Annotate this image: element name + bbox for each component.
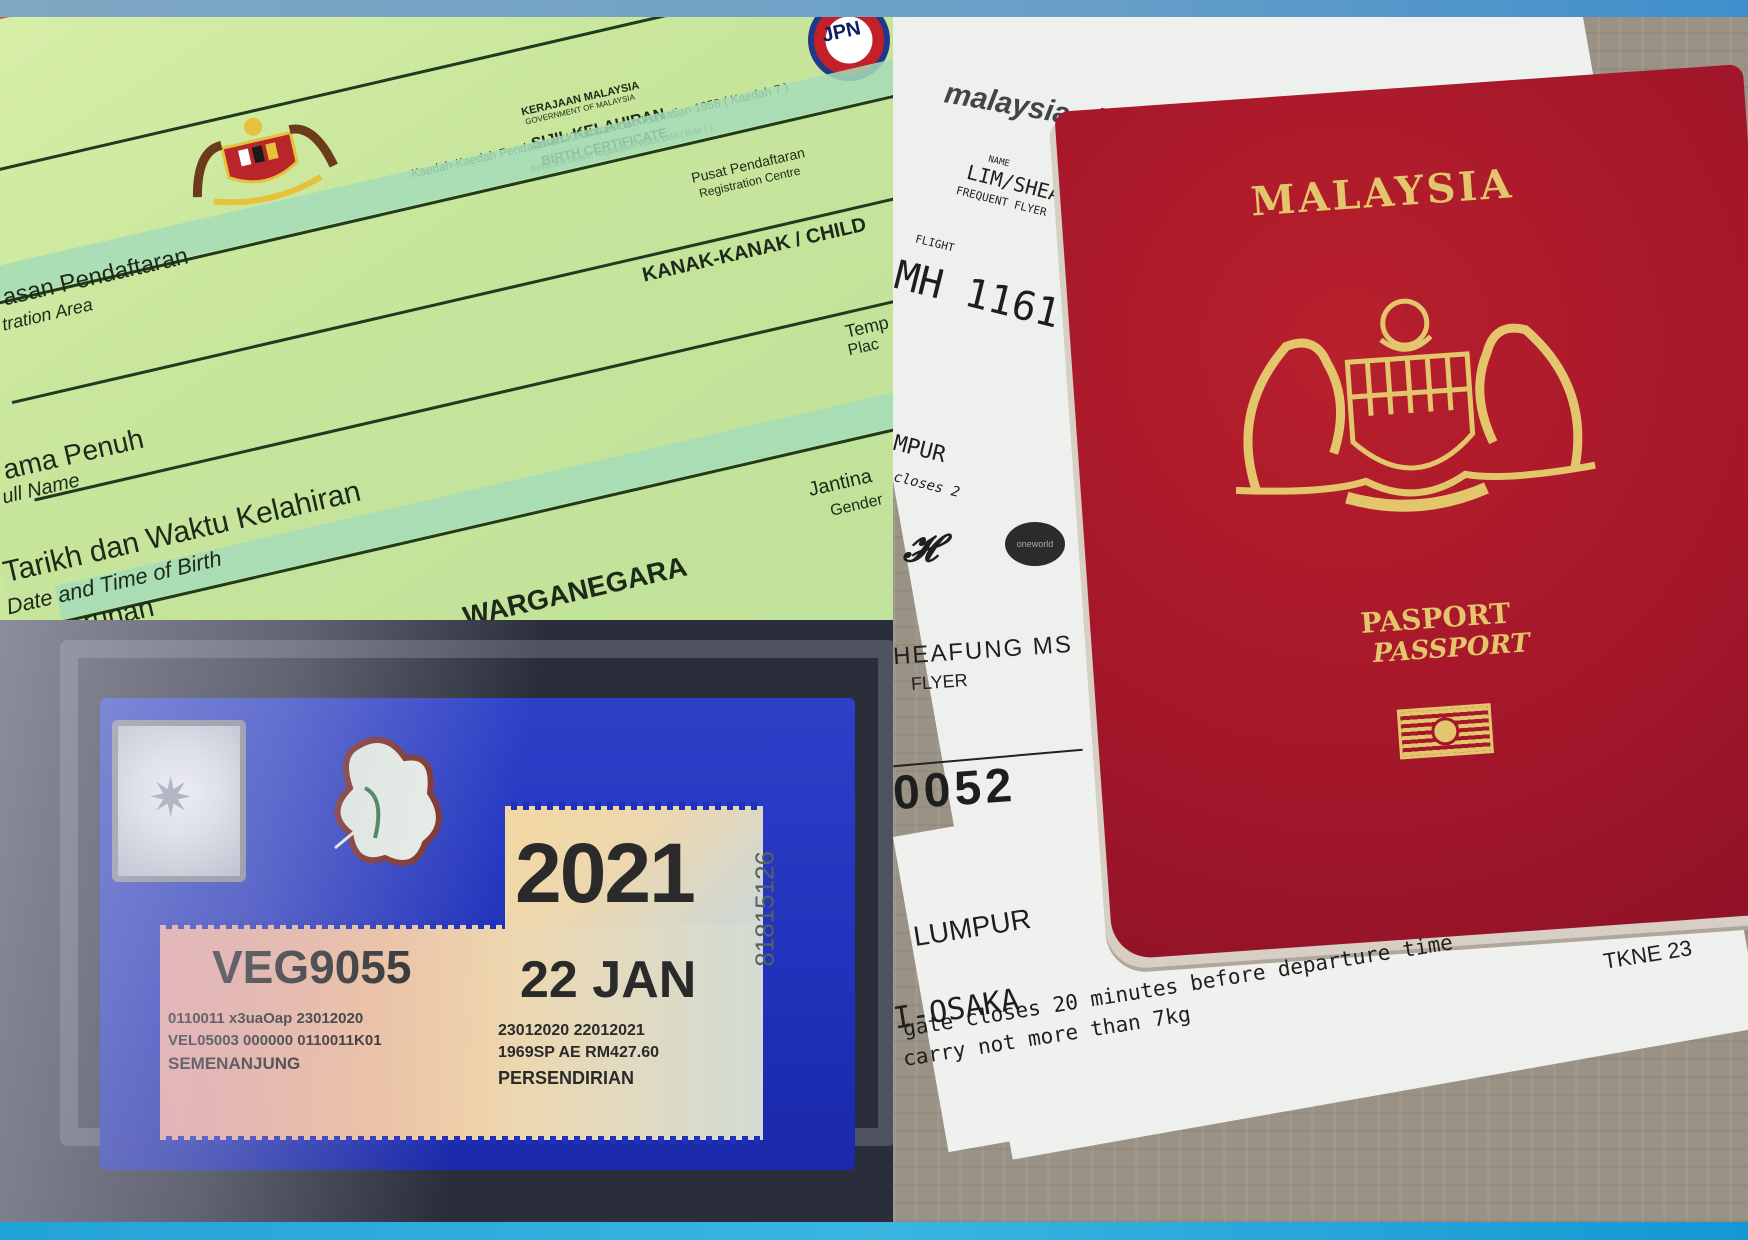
oneworld-logo: oneworld [1005, 522, 1065, 566]
bottom-frame-band [0, 1222, 1748, 1240]
biometric-chip-icon [1397, 703, 1494, 759]
airline-logo-icon: 𝓗 [903, 527, 937, 571]
road-tax-sticker-photo: ✷ 2021 VEG9055 22 JAN 81815126 0110011 x… [0, 620, 893, 1222]
top-frame-band [0, 0, 1748, 17]
coat-of-arms-icon [1203, 274, 1619, 541]
birth-certificate-photo: JPN KERAJAAN MALAYSIA GOVERNMENT OF MALA… [0, 17, 893, 620]
sequence-number: 0052 [893, 758, 1018, 821]
frequent-flyer-stub: FLYER [910, 670, 968, 695]
passport-boarding-pass-photo: malaysia airlines NAME LIM/SHEAFUNG FREQ… [893, 17, 1748, 1222]
windshield-glare [0, 620, 893, 1222]
passport: MALAYSIA PASPORT PASSPORT [1054, 64, 1748, 960]
passport-country: MALAYSIA [1249, 160, 1515, 225]
